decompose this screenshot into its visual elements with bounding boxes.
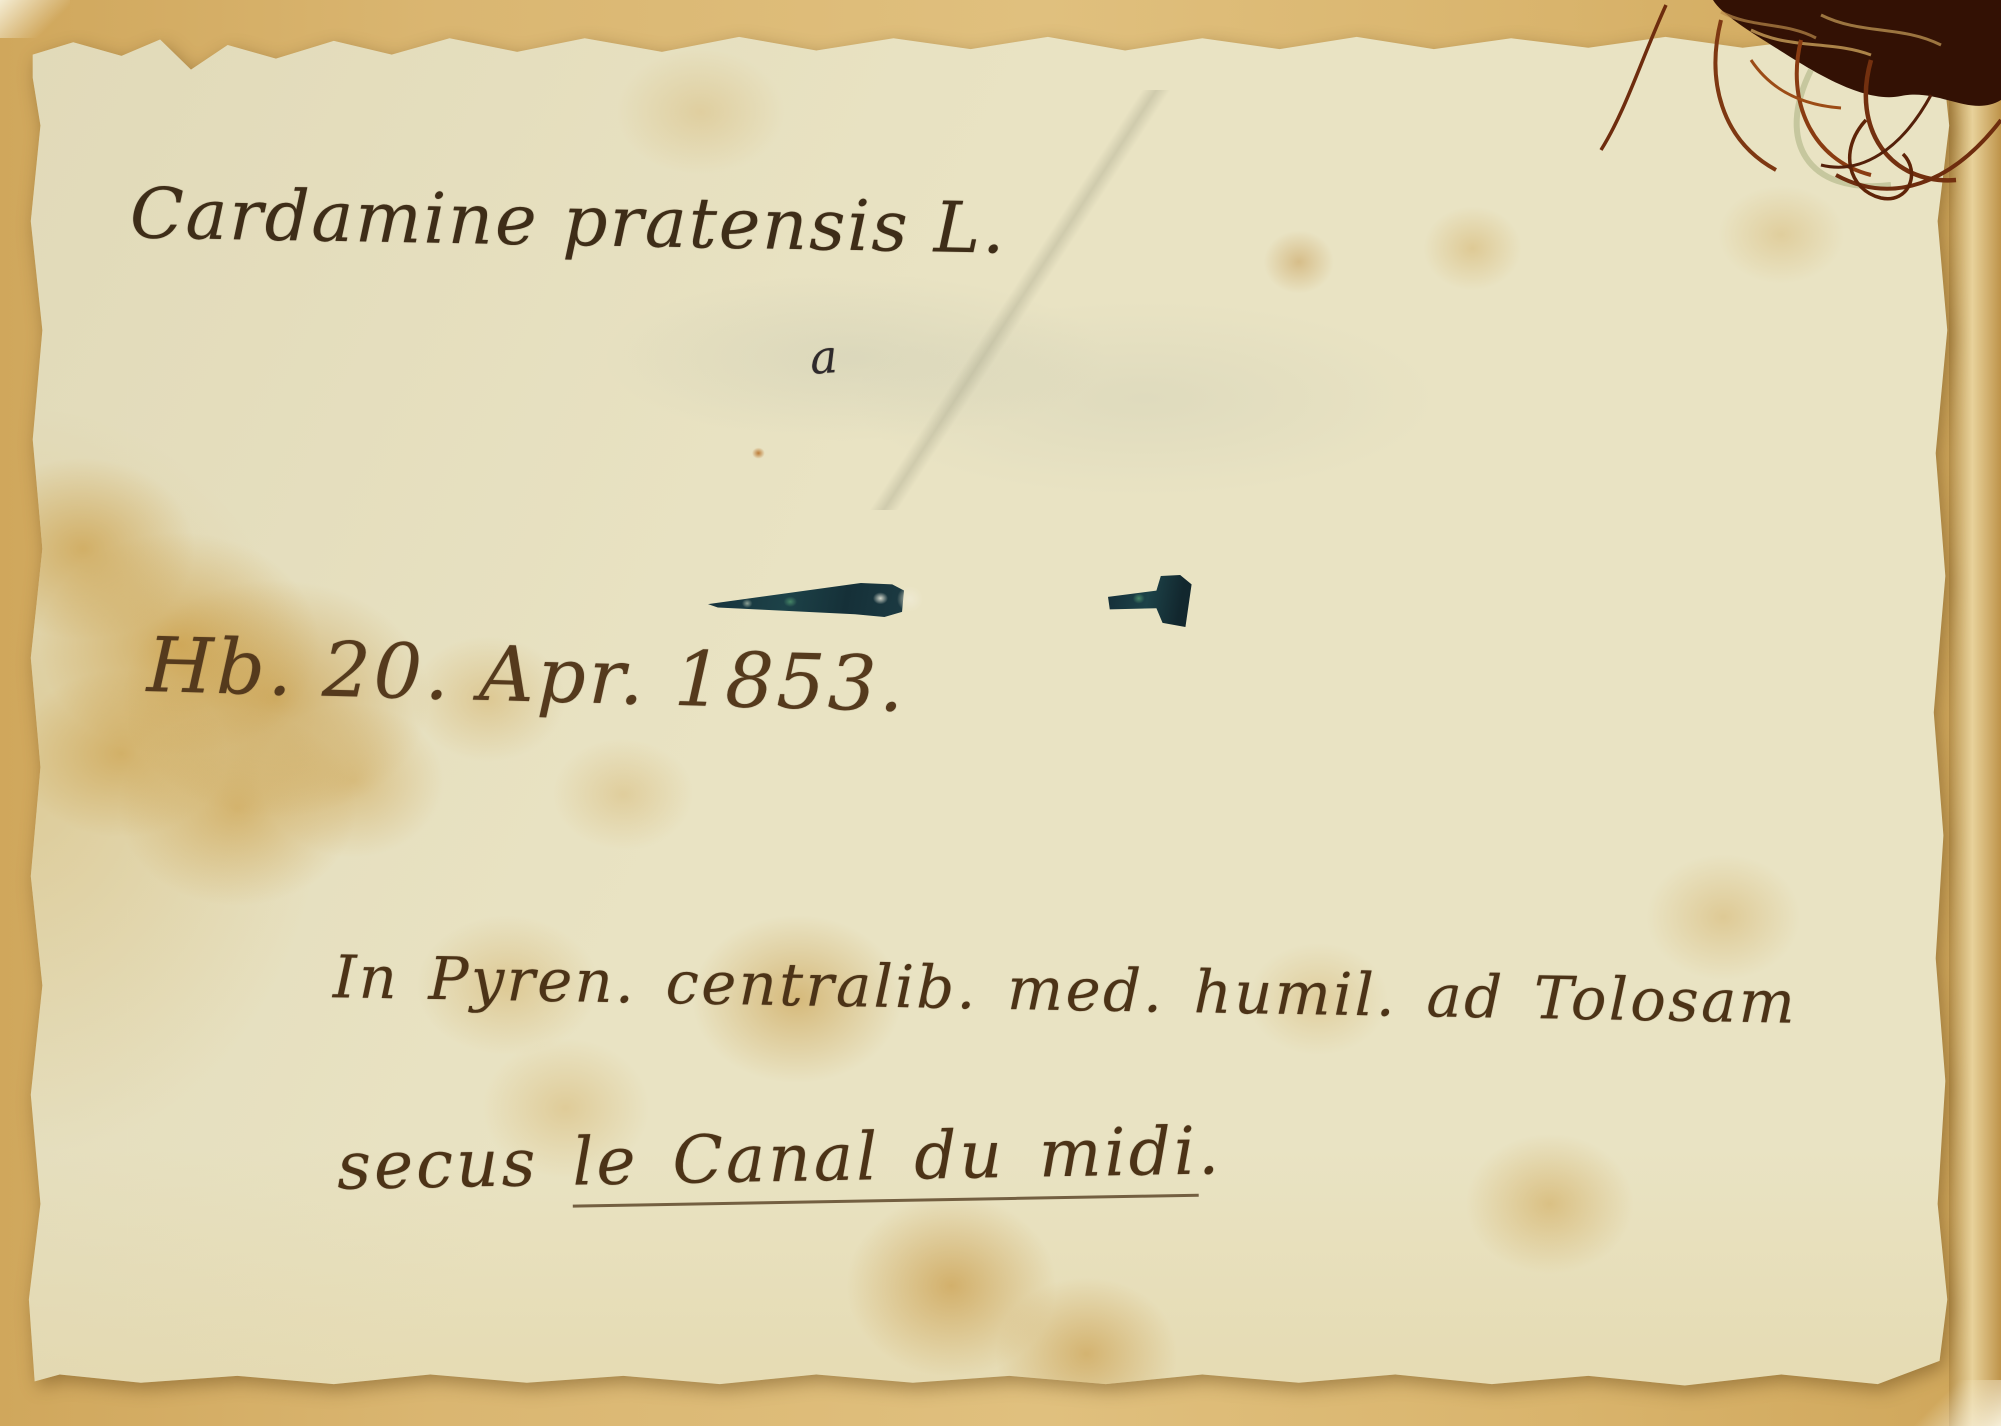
pin-head	[1108, 575, 1196, 627]
insertion-mark: a	[808, 329, 839, 385]
species-line: Cardamine pratensis L.	[129, 172, 1007, 269]
herbarium-label-photo: { "label": { "species_line": "Cardamine …	[0, 0, 2001, 1426]
paper-scar	[897, 586, 923, 612]
pin-shaft	[708, 583, 904, 617]
locality-line-2: secus le Canal du midi.	[336, 1112, 1222, 1204]
locality-end: .	[1197, 1112, 1222, 1189]
root-fibers	[1571, 0, 2001, 235]
locality-lead: secus	[336, 1124, 539, 1205]
locality-underlined: le Canal du midi	[572, 1113, 1199, 1208]
locality-line-1: In Pyren. centralib. med. humil. ad Tolo…	[333, 942, 1798, 1037]
date-line: Hb. 20. Apr. 1853.	[146, 620, 908, 729]
paper-crease	[870, 90, 1170, 510]
fiber-mass	[1691, 0, 2001, 106]
